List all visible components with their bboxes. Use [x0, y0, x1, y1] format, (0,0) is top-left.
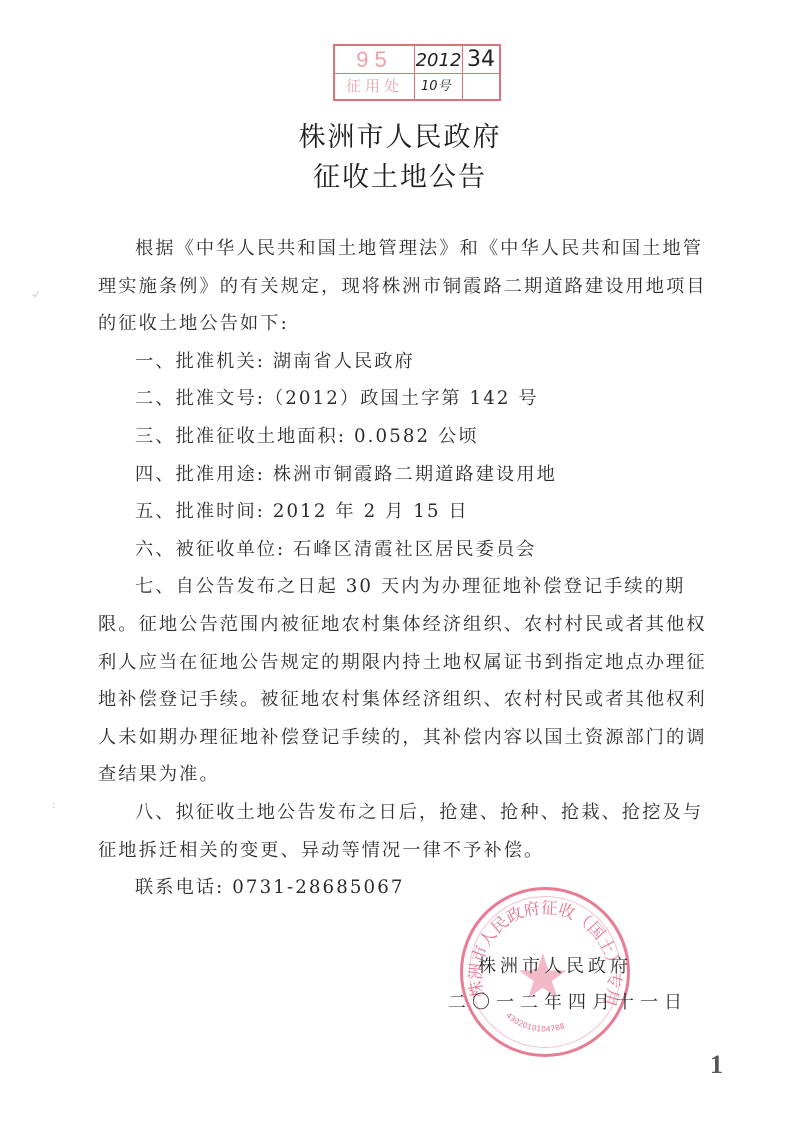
- item-1: 一、批准机关: 湖南省人民政府: [98, 343, 718, 381]
- document-body: 根据《中华人民共和国土地管理法》和《中华人民共和国土地管理实施条例》的有关规定，…: [98, 230, 718, 907]
- item-4: 四、批准用途: 株洲市铜霞路二期道路建设用地: [98, 456, 718, 494]
- item-8: 八、拟征收土地公告发布之日后，抢建、抢种、抢栽、抢挖及与征地拆迁相关的变更、异动…: [98, 794, 718, 869]
- item-3: 三、批准征收土地面积: 0.0582 公顷: [98, 418, 718, 456]
- registration-stamp: 95 2012 34 征用处 10号: [333, 44, 501, 101]
- stamp-year: 2012: [415, 46, 463, 74]
- svg-text:4302010104788: 4302010104788: [504, 1011, 566, 1034]
- signature-issuer: 株洲市人民政府: [478, 952, 632, 978]
- intro-paragraph: 根据《中华人民共和国土地管理法》和《中华人民共和国土地管理实施条例》的有关规定，…: [98, 230, 718, 343]
- document-title: 征收土地公告: [0, 155, 800, 194]
- item-7: 七、自公告发布之日起 30 天内为办理征地补偿登记手续的期限。征地公告范围内被征…: [98, 568, 718, 794]
- item-5: 五、批准时间: 2012 年 2 月 15 日: [98, 493, 718, 531]
- item-6: 六、被征收单位: 石峰区清霞社区居民委员会: [98, 531, 718, 569]
- item-2: 二、批准文号:（2012）政国土字第 142 号: [98, 380, 718, 418]
- stamp-number: 95: [335, 46, 415, 74]
- stamp-seq: 34: [463, 46, 499, 74]
- scan-artifact: :: [52, 800, 55, 811]
- scan-artifact: -⁄: [32, 290, 37, 301]
- stamp-note: 10号: [415, 74, 463, 99]
- stamp-office: 征用处: [335, 74, 415, 99]
- signature-date: 二〇一二年四月十一日: [448, 988, 688, 1014]
- page-number: 1: [710, 1050, 723, 1080]
- issuer-title: 株洲市人民政府: [0, 115, 800, 154]
